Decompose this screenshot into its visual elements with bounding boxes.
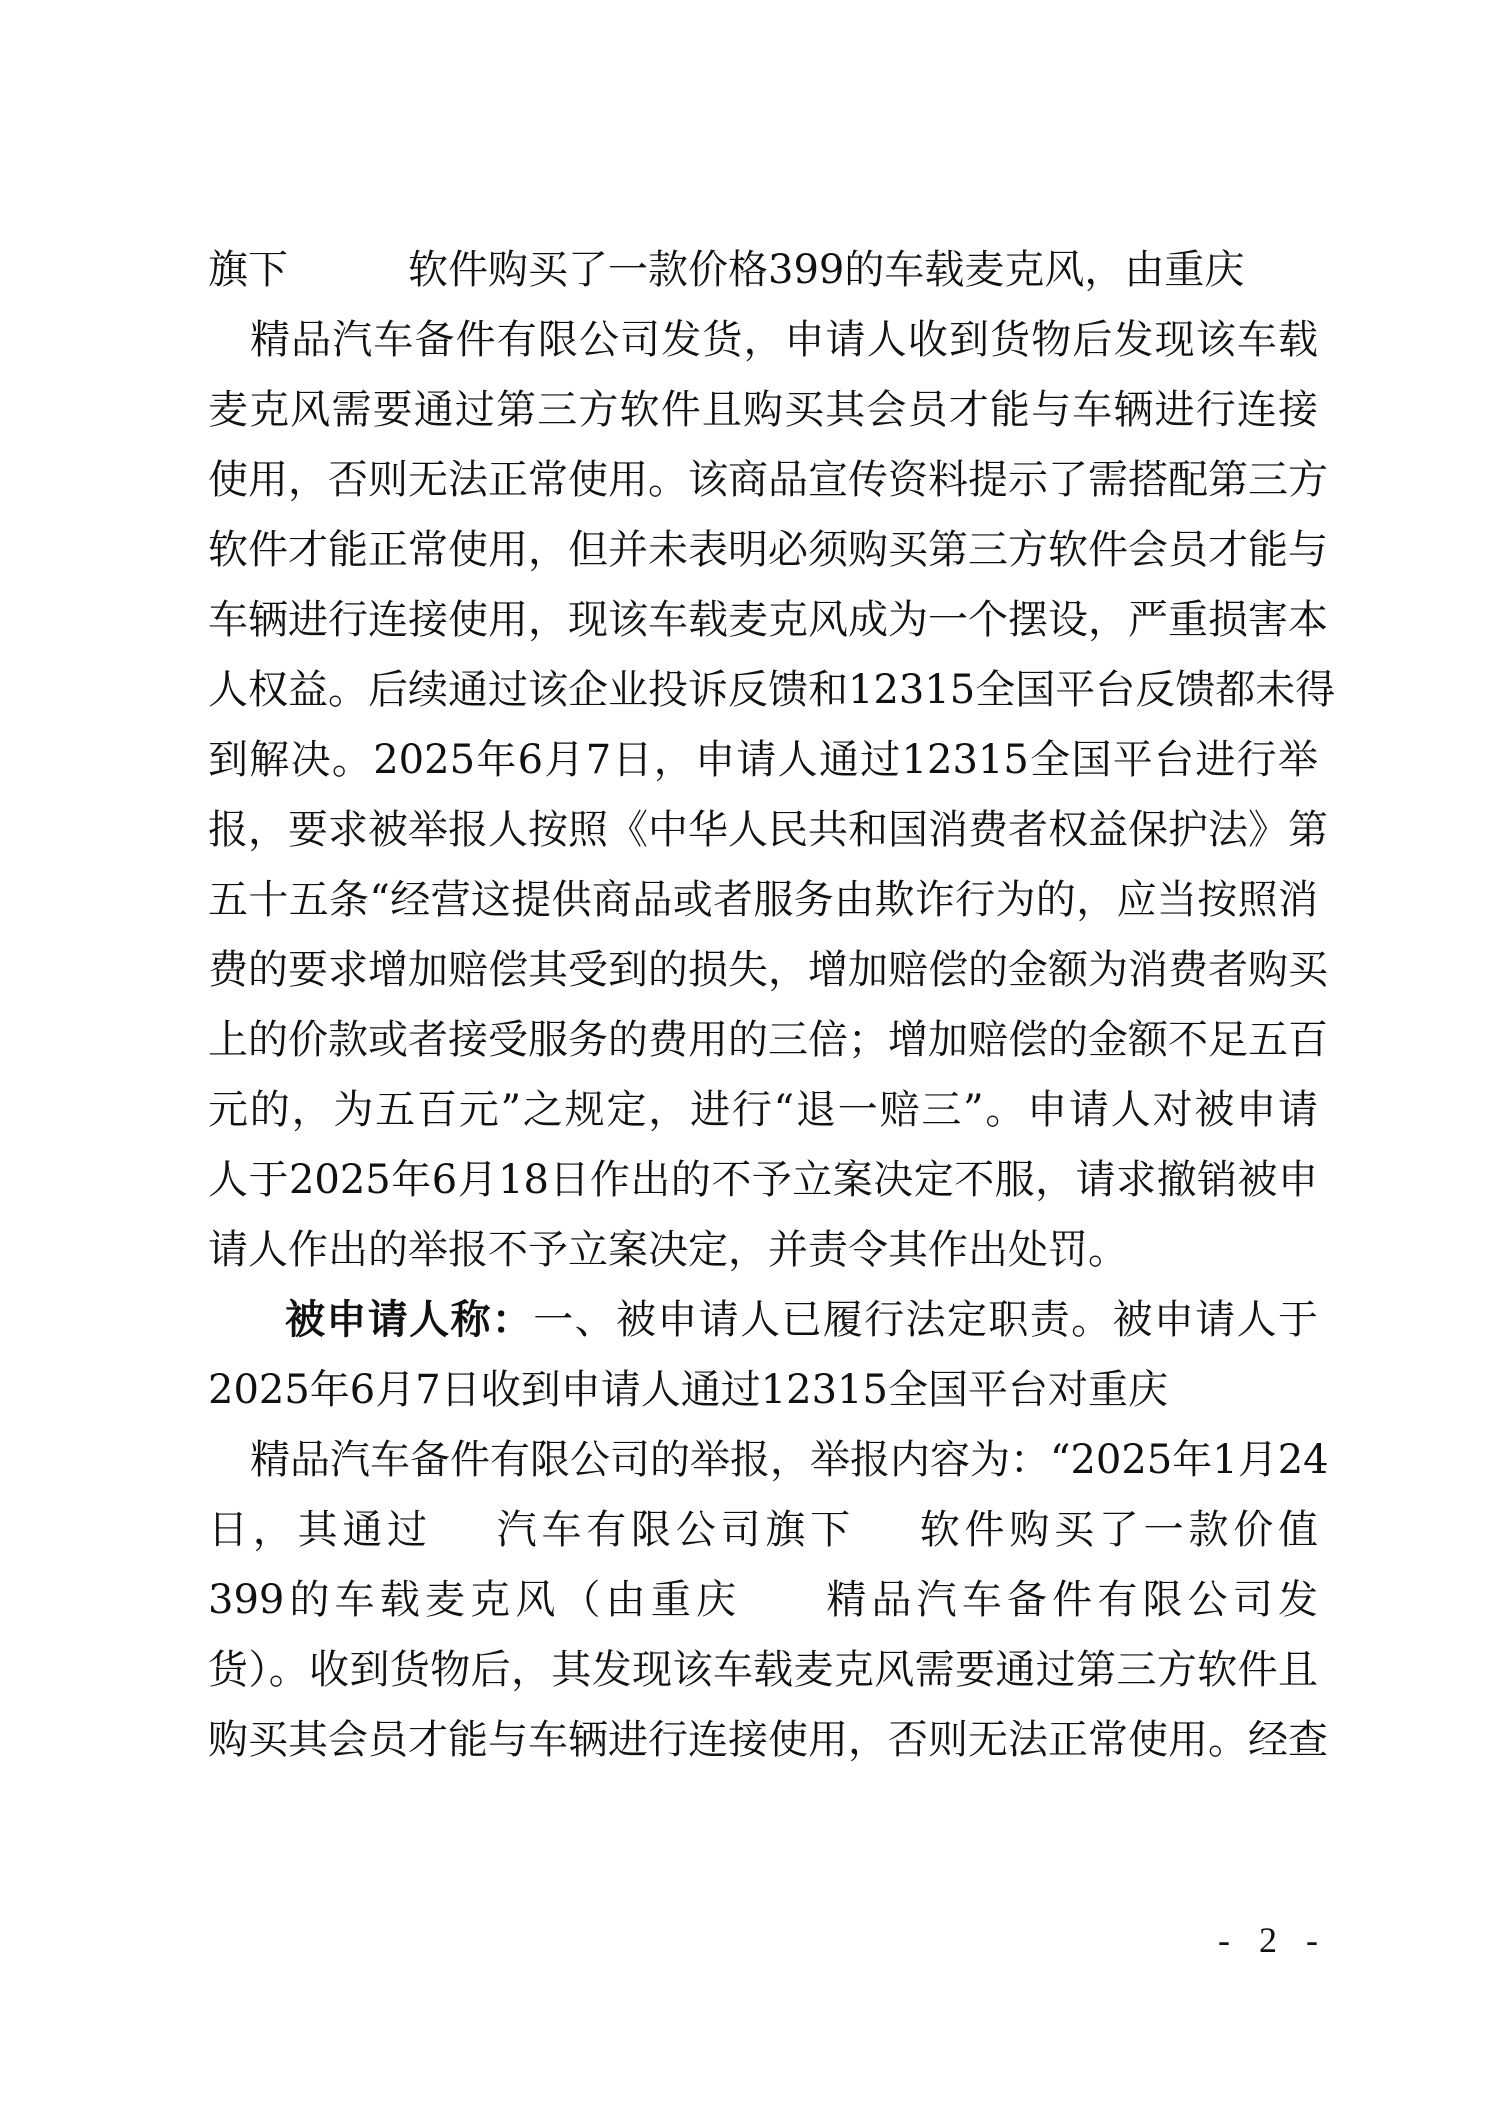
respondent-heading: 被申请人称：	[285, 1297, 533, 1343]
text-line-9: 报，要求被举报人按照《中华人民共和国消费者权益保护法》第	[208, 795, 1318, 865]
text-line-20: 399的车载麦克风（由重庆精品汽车备件有限公司发	[208, 1565, 1318, 1635]
text-line-3: 麦克风需要通过第三方软件且购买其会员才能与车辆进行连接	[208, 375, 1318, 445]
text-line-22: 购买其会员才能与车辆进行连接使用，否则无法正常使用。经查	[208, 1705, 1318, 1775]
text-line-1: 旗下软件购买了一款价格399的车载麦克风，由重庆	[208, 235, 1318, 305]
text-segment: 日，其通过	[208, 1507, 432, 1553]
text-line-4: 使用，否则无法正常使用。该商品宣传资料提示了需搭配第三方	[208, 445, 1318, 515]
text-line-13: 元的，为五百元”之规定，进行“退一赔三”。申请人对被申请	[208, 1075, 1318, 1145]
text-segment: 精品汽车备件有限公司发	[821, 1577, 1318, 1623]
text-segment: 软件购买了一款价值	[915, 1507, 1318, 1553]
text-line-16: 被申请人称：一、被申请人已履行法定职责。被申请人于	[285, 1285, 1318, 1355]
text-line-15: 请人作出的举报不予立案决定，并责令其作出处罚。	[208, 1215, 1318, 1285]
text-line-17: 2025年6月7日收到申请人通过12315全国平台对重庆	[208, 1355, 1318, 1425]
page-number: - 2 -	[1218, 1915, 1328, 1965]
text-segment: 一、被申请人已履行法定职责。被申请人于	[533, 1297, 1318, 1343]
text-segment: 399的车载麦克风（由重庆	[208, 1577, 741, 1623]
text-line-11: 费的要求增加赔偿其受到的损失，增加赔偿的金额为消费者购买	[208, 935, 1318, 1005]
text-line-10: 五十五条“经营这提供商品或者服务由欺诈行为的，应当按照消	[208, 865, 1318, 935]
text-line-12: 上的价款或者接受服务的费用的三倍；增加赔偿的金额不足五百	[208, 1005, 1318, 1075]
text-line-19: 日，其通过汽车有限公司旗下软件购买了一款价值	[208, 1495, 1318, 1565]
text-line-8: 到解决。2025年6月7日，申请人通过12315全国平台进行举	[208, 725, 1318, 795]
text-segment: 旗下	[208, 247, 288, 293]
text-line-6: 车辆进行连接使用，现该车载麦克风成为一个摆设，严重损害本	[208, 585, 1318, 655]
text-line-7: 人权益。后续通过该企业投诉反馈和12315全国平台反馈都未得	[208, 655, 1318, 725]
text-line-18: 精品汽车备件有限公司的举报，举报内容为：“2025年1月24	[250, 1425, 1318, 1495]
text-line-14: 人于2025年6月18日作出的不予立案决定不服，请求撤销被申	[208, 1145, 1318, 1215]
text-line-21: 货）。收到货物后，其发现该车载麦克风需要通过第三方软件且	[208, 1635, 1318, 1705]
text-segment: 软件购买了一款价格399的车载麦克风，由重庆	[408, 247, 1244, 293]
text-segment: 汽车有限公司旗下	[492, 1507, 855, 1553]
document-page: 旗下软件购买了一款价格399的车载麦克风，由重庆 精品汽车备件有限公司发货，申请…	[0, 0, 1487, 2105]
text-line-2: 精品汽车备件有限公司发货，申请人收到货物后发现该车载	[250, 305, 1318, 375]
text-line-5: 软件才能正常使用，但并未表明必须购买第三方软件会员才能与	[208, 515, 1318, 585]
